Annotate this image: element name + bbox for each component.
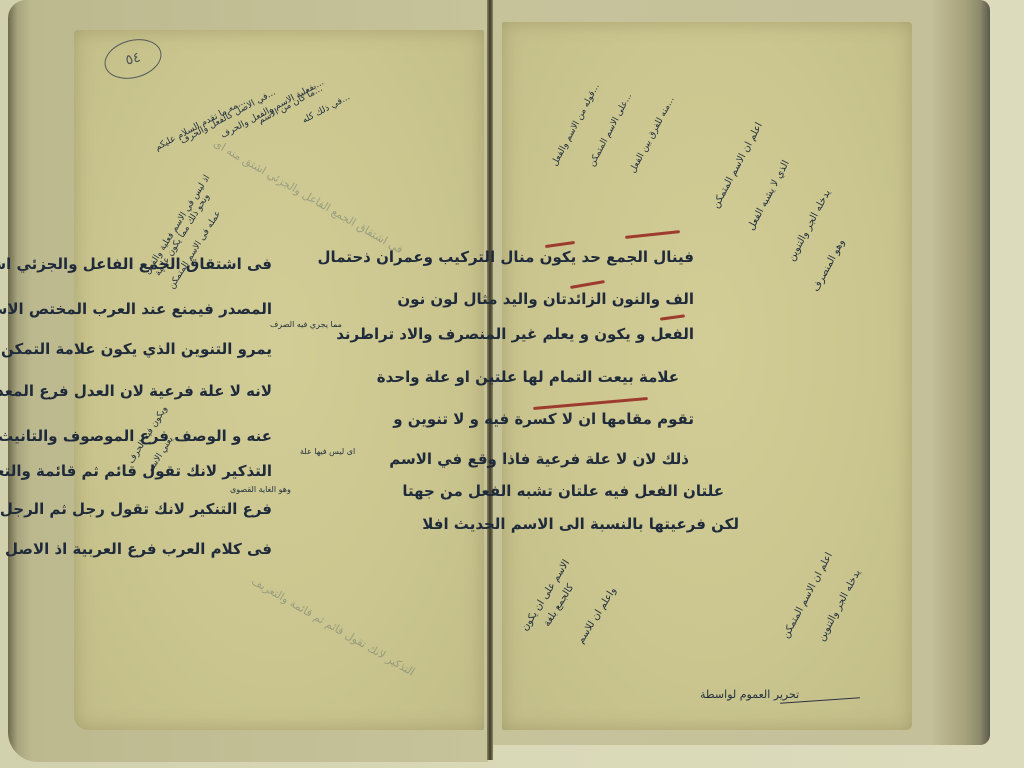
text-line: عنه و الوصف فرع الموصوف والتانيث فرع bbox=[0, 427, 272, 445]
text-line: التذكير لانك تقول قائم ثم قائمة والتعريف bbox=[0, 462, 272, 480]
text-line: فرع التنكير لانك تقول رجل ثم الرجل والعج… bbox=[0, 500, 272, 518]
text-line: الف والنون الزائدتان واليد مثال لون نون bbox=[397, 290, 694, 308]
text-line: علامة بيعت التمام لها علتين او علة واحدة bbox=[377, 368, 679, 386]
colophon-text: تحرير العموم لواسطة bbox=[700, 688, 799, 701]
text-line: لانه لا علة فرعية لان العدل فرع المعدول bbox=[0, 382, 272, 400]
text-line: فى اشتقاق الجمع الفاعل والجزئي اشتق منه … bbox=[0, 255, 272, 273]
text-line: علتان الفعل فيه علتان تشبه الفعل من جهتا bbox=[402, 482, 724, 500]
text-line: الفعل و يكون و يعلم غير المنصرف والاد تر… bbox=[336, 325, 694, 343]
text-line: لكن فرعيتها بالنسبة الى الاسم الحديث افل… bbox=[422, 515, 739, 533]
text-line: فينال الجمع حد يكون منال التركيب وعمران … bbox=[318, 248, 694, 266]
interlinear-note: اى ليس فيها علة bbox=[300, 447, 355, 456]
interlinear-note: مما يجري فيه الصرف bbox=[270, 320, 342, 329]
text-line: المصدر فيمنع عند العرب المختص الاسم لا ي… bbox=[0, 300, 272, 318]
text-line: يمرو التنوين الذي يكون علامة التمكن و ال… bbox=[0, 340, 272, 358]
text-line: تقوم مقامها ان لا كسرة فيه و لا تنوين و bbox=[393, 410, 694, 428]
interlinear-note: وهو الغاية القصوى bbox=[230, 485, 291, 494]
text-line: فى كلام العرب فرع العربية اذ الاصل في ال… bbox=[0, 540, 272, 558]
text-line: ذلك لان لا علة فرعية فاذا وقع في الاسم bbox=[389, 450, 689, 468]
